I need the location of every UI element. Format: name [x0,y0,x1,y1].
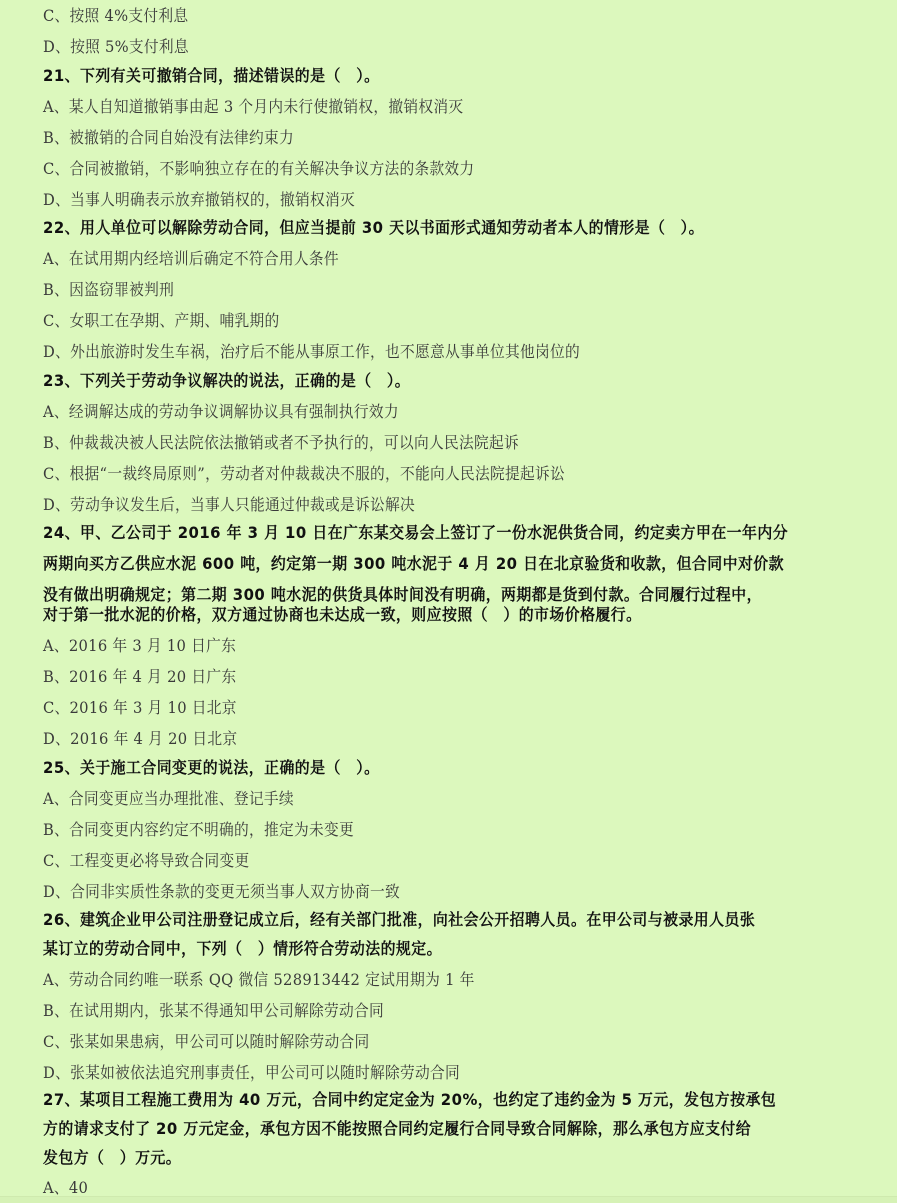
option-d-prev: D、按照 5%支付利息 [43,37,189,57]
q22-option-b: B、因盗窃罪被判刑 [43,280,174,300]
q24-option-b: B、2016 年 4 月 20 日广东 [43,667,236,687]
q26-option-a: A、劳动合同约唯一联系 QQ 微信 528913442 定试用期为 1 年 [43,970,475,990]
question-24-line-3: 没有做出明确规定；第二期 300 吨水泥的供货具体时间没有明确，两期都是货到付款… [43,585,762,605]
question-23: 23、下列关于劳动争议解决的说法，正确的是（ ）。 [43,371,410,391]
question-27-line-1: 27、某项目工程施工费用为 40 万元，合同中约定定金为 20%，也约定了违约金… [43,1090,776,1110]
q24-option-c: C、2016 年 3 月 10 日北京 [43,698,237,718]
page-bottom-edge [0,1196,897,1203]
q22-option-c: C、女职工在孕期、产期、哺乳期的 [43,311,279,331]
option-c-prev: C、按照 4%支付利息 [43,6,188,26]
q23-option-b: B、仲裁裁决被人民法院依法撤销或者不予执行的，可以向人民法院起诉 [43,433,519,453]
question-26-line-2: 某订立的劳动合同中，下列（ ）情形符合劳动法的规定。 [43,939,442,959]
question-24-line-2: 两期向买方乙供应水泥 600 吨，约定第一期 300 吨水泥于 4 月 20 日… [43,554,784,574]
q25-option-c: C、工程变更必将导致合同变更 [43,851,249,871]
question-25: 25、关于施工合同变更的说法，正确的是（ ）。 [43,758,379,778]
q25-option-d: D、合同非实质性条款的变更无须当事人双方协商一致 [43,882,400,902]
q23-option-c: C、根据“一裁终局原则”，劳动者对仲裁裁决不服的，不能向人民法院提起诉讼 [43,464,565,484]
question-26-line-1: 26、建筑企业甲公司注册登记成立后，经有关部门批准，向社会公开招聘人员。在甲公司… [43,910,755,930]
q26-option-d: D、张某如被依法追究刑事责任，甲公司可以随时解除劳动合同 [43,1063,460,1083]
q21-option-d: D、当事人明确表示放弃撤销权的，撤销权消灭 [43,190,355,210]
q22-option-d: D、外出旅游时发生车祸，治疗后不能从事原工作，也不愿意从事单位其他岗位的 [43,342,580,362]
question-22: 22、用人单位可以解除劳动合同，但应当提前 30 天以书面形式通知劳动者本人的情… [43,218,704,238]
q23-option-d: D、劳动争议发生后，当事人只能通过仲裁或是诉讼解决 [43,495,415,515]
q22-option-a: A、在试用期内经培训后确定不符合用人条件 [43,249,339,269]
q21-option-a: A、某人自知道撤销事由起 3 个月内未行使撤销权，撤销权消灭 [43,97,463,117]
q27-option-a: A、40 [43,1178,88,1198]
q24-option-d: D、2016 年 4 月 20 日北京 [43,729,237,749]
question-24-line-1: 24、甲、乙公司于 2016 年 3 月 10 日在广东某交易会上签订了一份水泥… [43,523,788,543]
question-24-line-4: 对于第一批水泥的价格，双方通过协商也未达成一致，则应按照（ ）的市场价格履行。 [43,605,641,625]
q26-option-c: C、张某如果患病，甲公司可以随时解除劳动合同 [43,1032,369,1052]
q24-option-a: A、2016 年 3 月 10 日广东 [43,636,236,656]
q21-option-b: B、被撤销的合同自始没有法律约束力 [43,128,294,148]
q26-option-b: B、在试用期内，张某不得通知甲公司解除劳动合同 [43,1001,384,1021]
q25-option-a: A、合同变更应当办理批准、登记手续 [43,789,294,809]
question-27-line-3: 发包方（ ）万元。 [43,1148,181,1168]
q25-option-b: B、合同变更内容约定不明确的，推定为未变更 [43,820,354,840]
q23-option-a: A、经调解达成的劳动争议调解协议具有强制执行效力 [43,402,399,422]
question-27-line-2: 方的请求支付了 20 万元定金，承包方因不能按照合同约定履行合同导致合同解除，那… [43,1119,751,1139]
q21-option-c: C、合同被撤销，不影响独立存在的有关解决争议方法的条款效力 [43,159,474,179]
question-21: 21、下列有关可撤销合同，描述错误的是（ ）。 [43,66,379,86]
